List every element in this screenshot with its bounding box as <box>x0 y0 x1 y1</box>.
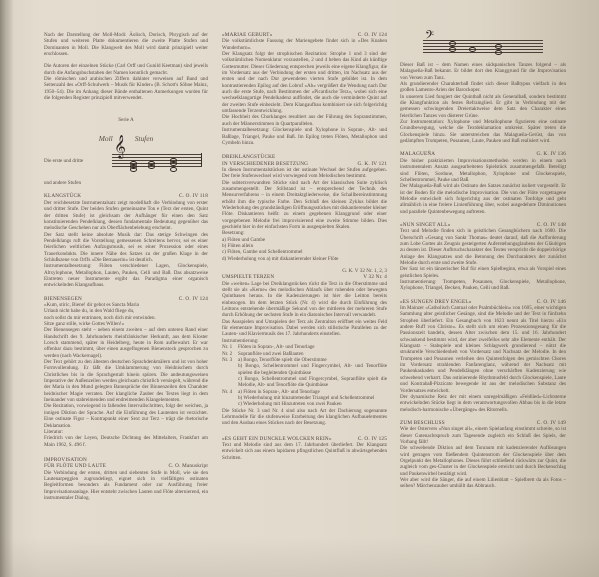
instrument-text: a) Flöten in Sopran-, Alt- und Tenorlage… <box>238 389 387 408</box>
section-paragraph: Der Klangsatz folgt der strophischen Rez… <box>222 51 387 114</box>
section-paragraph: Die Stücke Nr. 3 und Nr. 4 sind also nac… <box>222 408 387 427</box>
section-paragraph: Der Bienensegen steht – neben einem zwei… <box>44 327 208 359</box>
section-paragraph: Im Mainzer »Catholisch Cantual oder Psal… <box>400 305 566 394</box>
section-reference: C. O. IV 118 <box>179 193 208 199</box>
section-paragraph: Die volkstümlichste Fassung der Marienge… <box>222 38 387 51</box>
serie-label: Serie A <box>44 117 208 123</box>
instrument-item: Nr. 4 a) Flöten in Sopran-, Alt- und Ten… <box>222 389 387 408</box>
section-paragraph: Wer aber wird die Sänger, die auf einem … <box>400 477 566 490</box>
music-staff-icon: 𝄞 <box>112 150 202 172</box>
section-title: UMSPIELTE TERZEN <box>222 274 274 280</box>
treble-clef-icon: 𝄞 <box>114 144 126 150</box>
column-right: 𝄢 Dieser Baß ist – dem Namen eines südsp… <box>400 36 566 490</box>
section-reference: C. O. Manuskript <box>168 463 208 469</box>
bass-clef-icon: 𝄢 <box>425 35 434 41</box>
literature-reference: Friedrich von der Leyen, Deutsche Dichtu… <box>44 435 208 448</box>
section-paragraph: Instrumentierung: Trompeten, Posaunen, G… <box>400 279 566 292</box>
intro-paragraph: Dieser Baß ist – dem Namen eines südspan… <box>400 62 566 81</box>
section-paragraph: Wie der Ostervers »Nun singet all«, eine… <box>400 426 566 445</box>
section-title: MALAGUEÑA <box>400 151 435 157</box>
besetzung-item: d) Wiederholung von a) mit diskantierend… <box>222 256 387 262</box>
section-paragraph: Das Ausspielen und Umspielen der Terz al… <box>222 319 387 338</box>
section-paragraph: Die schwebende Diktion auf dem Tonraum m… <box>400 445 566 477</box>
section-title-line2: IN VERSCHIEDENER BESETZUNG <box>222 161 308 167</box>
section-paragraph: Die bisher praktizierten Improvisationsm… <box>400 158 566 183</box>
section-paragraph: Die subterzverwandten Stücke sind nach A… <box>222 180 387 231</box>
section-paragraph: Der Satz ist ein tänzerischer Ruf für ei… <box>400 266 566 279</box>
section-paragraph: Die Hochheit des Chorklanges resultiert … <box>222 114 387 127</box>
section-heading: DREIKLANGSTÜCKE IN VERSCHIEDENER BESETZU… <box>222 154 387 167</box>
instrument-item: Nr. 3 a) Bongo, Tenorflöte spielt die Ob… <box>222 357 387 389</box>
section-heading: IMPROVISATION FÜR FLÖTE UND LAUTE C. O. … <box>44 457 208 470</box>
moll-stufen-title: Moll Stufen <box>44 136 208 142</box>
moll-title-right: Stufen <box>135 136 153 142</box>
intro-paragraph: Die Autoren der einzelnen Stücke (Carl O… <box>44 63 208 76</box>
column-middle: »MARIAE GEBURT« C. O. IV 124 Die volkstü… <box>222 32 387 461</box>
section-paragraph: Der Text gehört zu den ältesten deutsche… <box>44 359 208 403</box>
notation-label: und andere Stufen <box>44 180 208 186</box>
notation-label: Die erste und dritte <box>44 158 112 164</box>
section-paragraph: Der Satz stellt keine absolute Musik dar… <box>44 232 208 264</box>
intro-paragraph: Nach der Darstellung der Moll-Modi: Äoli… <box>44 32 208 57</box>
notation-row: Die erste und dritte 𝄞 <box>44 146 208 176</box>
section-title-line2: FÜR FLÖTE UND LAUTE <box>44 463 106 469</box>
section-paragraph: Der dynamische Reiz der mit einem unrege… <box>400 394 566 413</box>
intro-paragraph: Die römischen und arabischen Ziffern dah… <box>44 76 208 101</box>
section-paragraph: Text und Melodie finden sich in geistlic… <box>400 228 566 266</box>
instrument-text: a) Bongo, Tenorflöte spielt die Oberstim… <box>238 357 387 389</box>
intro-paragraph: Als grundierender Charakterbaß findet si… <box>400 81 566 94</box>
section-reference: G. K. IV 121 <box>357 161 387 167</box>
section-paragraph: Der reichbesetzte Instrumentalsatz zeigt… <box>44 200 208 232</box>
section-paragraph: Die Verbindung der ersten, dritten und s… <box>44 470 208 502</box>
section-paragraph: In diesen Instrumentalstücken ist der os… <box>222 167 387 180</box>
section-reference: G. K. IV 136 <box>536 151 566 157</box>
instrument-line: c) Bongo, Schellentrommel und Fingercymb… <box>238 376 387 389</box>
reference-line: V 32 Nr. 4 <box>363 274 387 280</box>
column-left: Nach der Darstellung der Moll-Modi: Äoli… <box>44 32 208 501</box>
section-paragraph: Instrumentalbesetzung: Glockenspiele und… <box>222 127 387 146</box>
section-paragraph: Die Rezitation, vorwiegend in fallenden … <box>44 403 208 428</box>
intro-paragraph: In unserem Lied fungiert der Quintbaß ni… <box>400 94 566 119</box>
section-paragraph: Instrumentalbesetzung: Flöten verschiede… <box>44 263 208 288</box>
moll-title-left: Moll <box>99 136 113 142</box>
section-paragraph: Text und Melodie sind aus dem 17. Jahrhu… <box>222 442 387 461</box>
section-paragraph: Der Malagueña-Baß wird als Ostinato des … <box>400 183 566 215</box>
section-reference: C. O. IV 124 <box>179 296 208 302</box>
section-title: KLANGSTÜCK <box>44 193 81 199</box>
section-paragraph: Die »weiten« Lage bei Dreiklangstücken r… <box>222 281 387 319</box>
booklet-page: Nach der Darstellung der Moll-Modi: Äoli… <box>0 0 599 577</box>
instrument-line: b) Bongo, Schellentrommel und Fingercymb… <box>238 363 387 376</box>
music-staff-icon: 𝄢 <box>423 36 543 58</box>
instrument-number: Nr. 4 <box>222 389 238 408</box>
instrument-number: Nr. 3 <box>222 357 238 389</box>
intro-paragraph: Zur Instrumentation: Xylophone und Metal… <box>400 119 566 144</box>
instrument-line: c) Wiederholung mit Hinzutreten von zwei… <box>238 401 387 407</box>
